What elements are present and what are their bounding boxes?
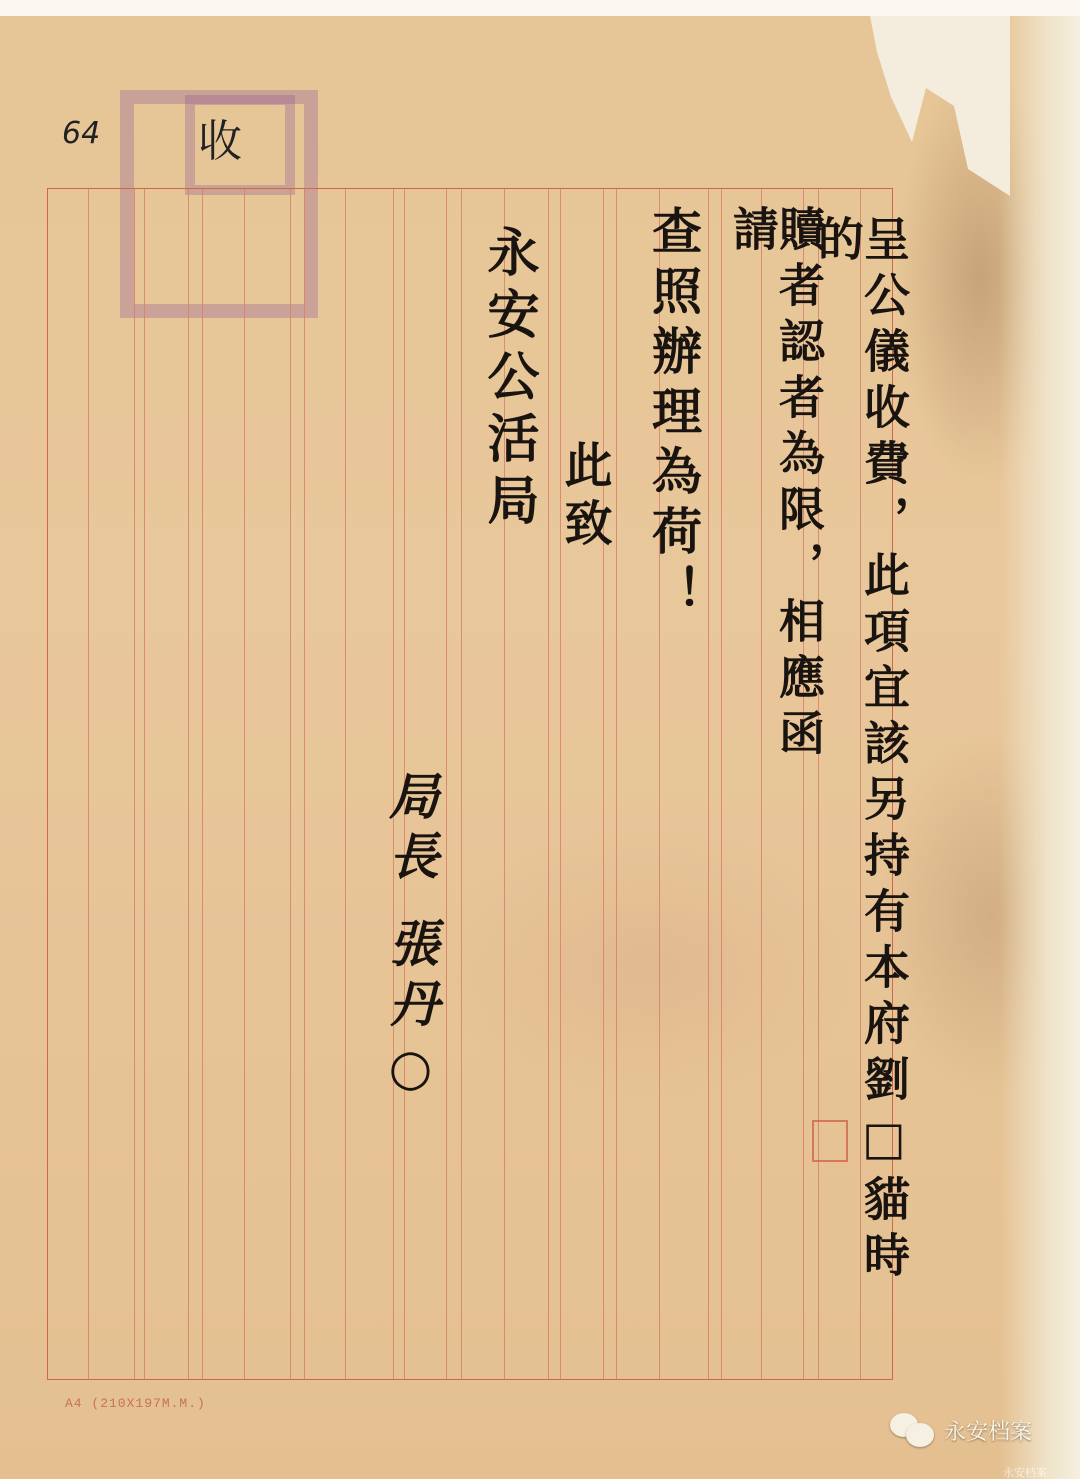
signature: 局長 張丹○ [385,770,435,1170]
red-seal [812,1120,848,1162]
letter-column-3: 查照辦理為荷！ [648,205,698,645]
page-number: 64 [62,116,100,151]
letter-column-2: 贖者認者為限，相應函請 [730,205,822,805]
letter-column-1: 呈公儀收費，此項宜該另持有本府劉□貓時的 [815,215,907,1335]
paper-spec-label: A4 (210X197M.M.) [65,1396,206,1411]
letter-column-addressee: 永安公活局 [482,225,534,585]
watermark-small-label: 永安档案 [1003,1464,1047,1479]
letter-column-salutation: 此致 [560,440,608,560]
watermark: 永安档案 [890,1413,1032,1447]
watermark-label: 永安档案 [944,1415,1032,1446]
top-mark: 收 [198,105,242,169]
wechat-icon [890,1413,936,1447]
paper-edge-damage [1000,16,1080,1479]
